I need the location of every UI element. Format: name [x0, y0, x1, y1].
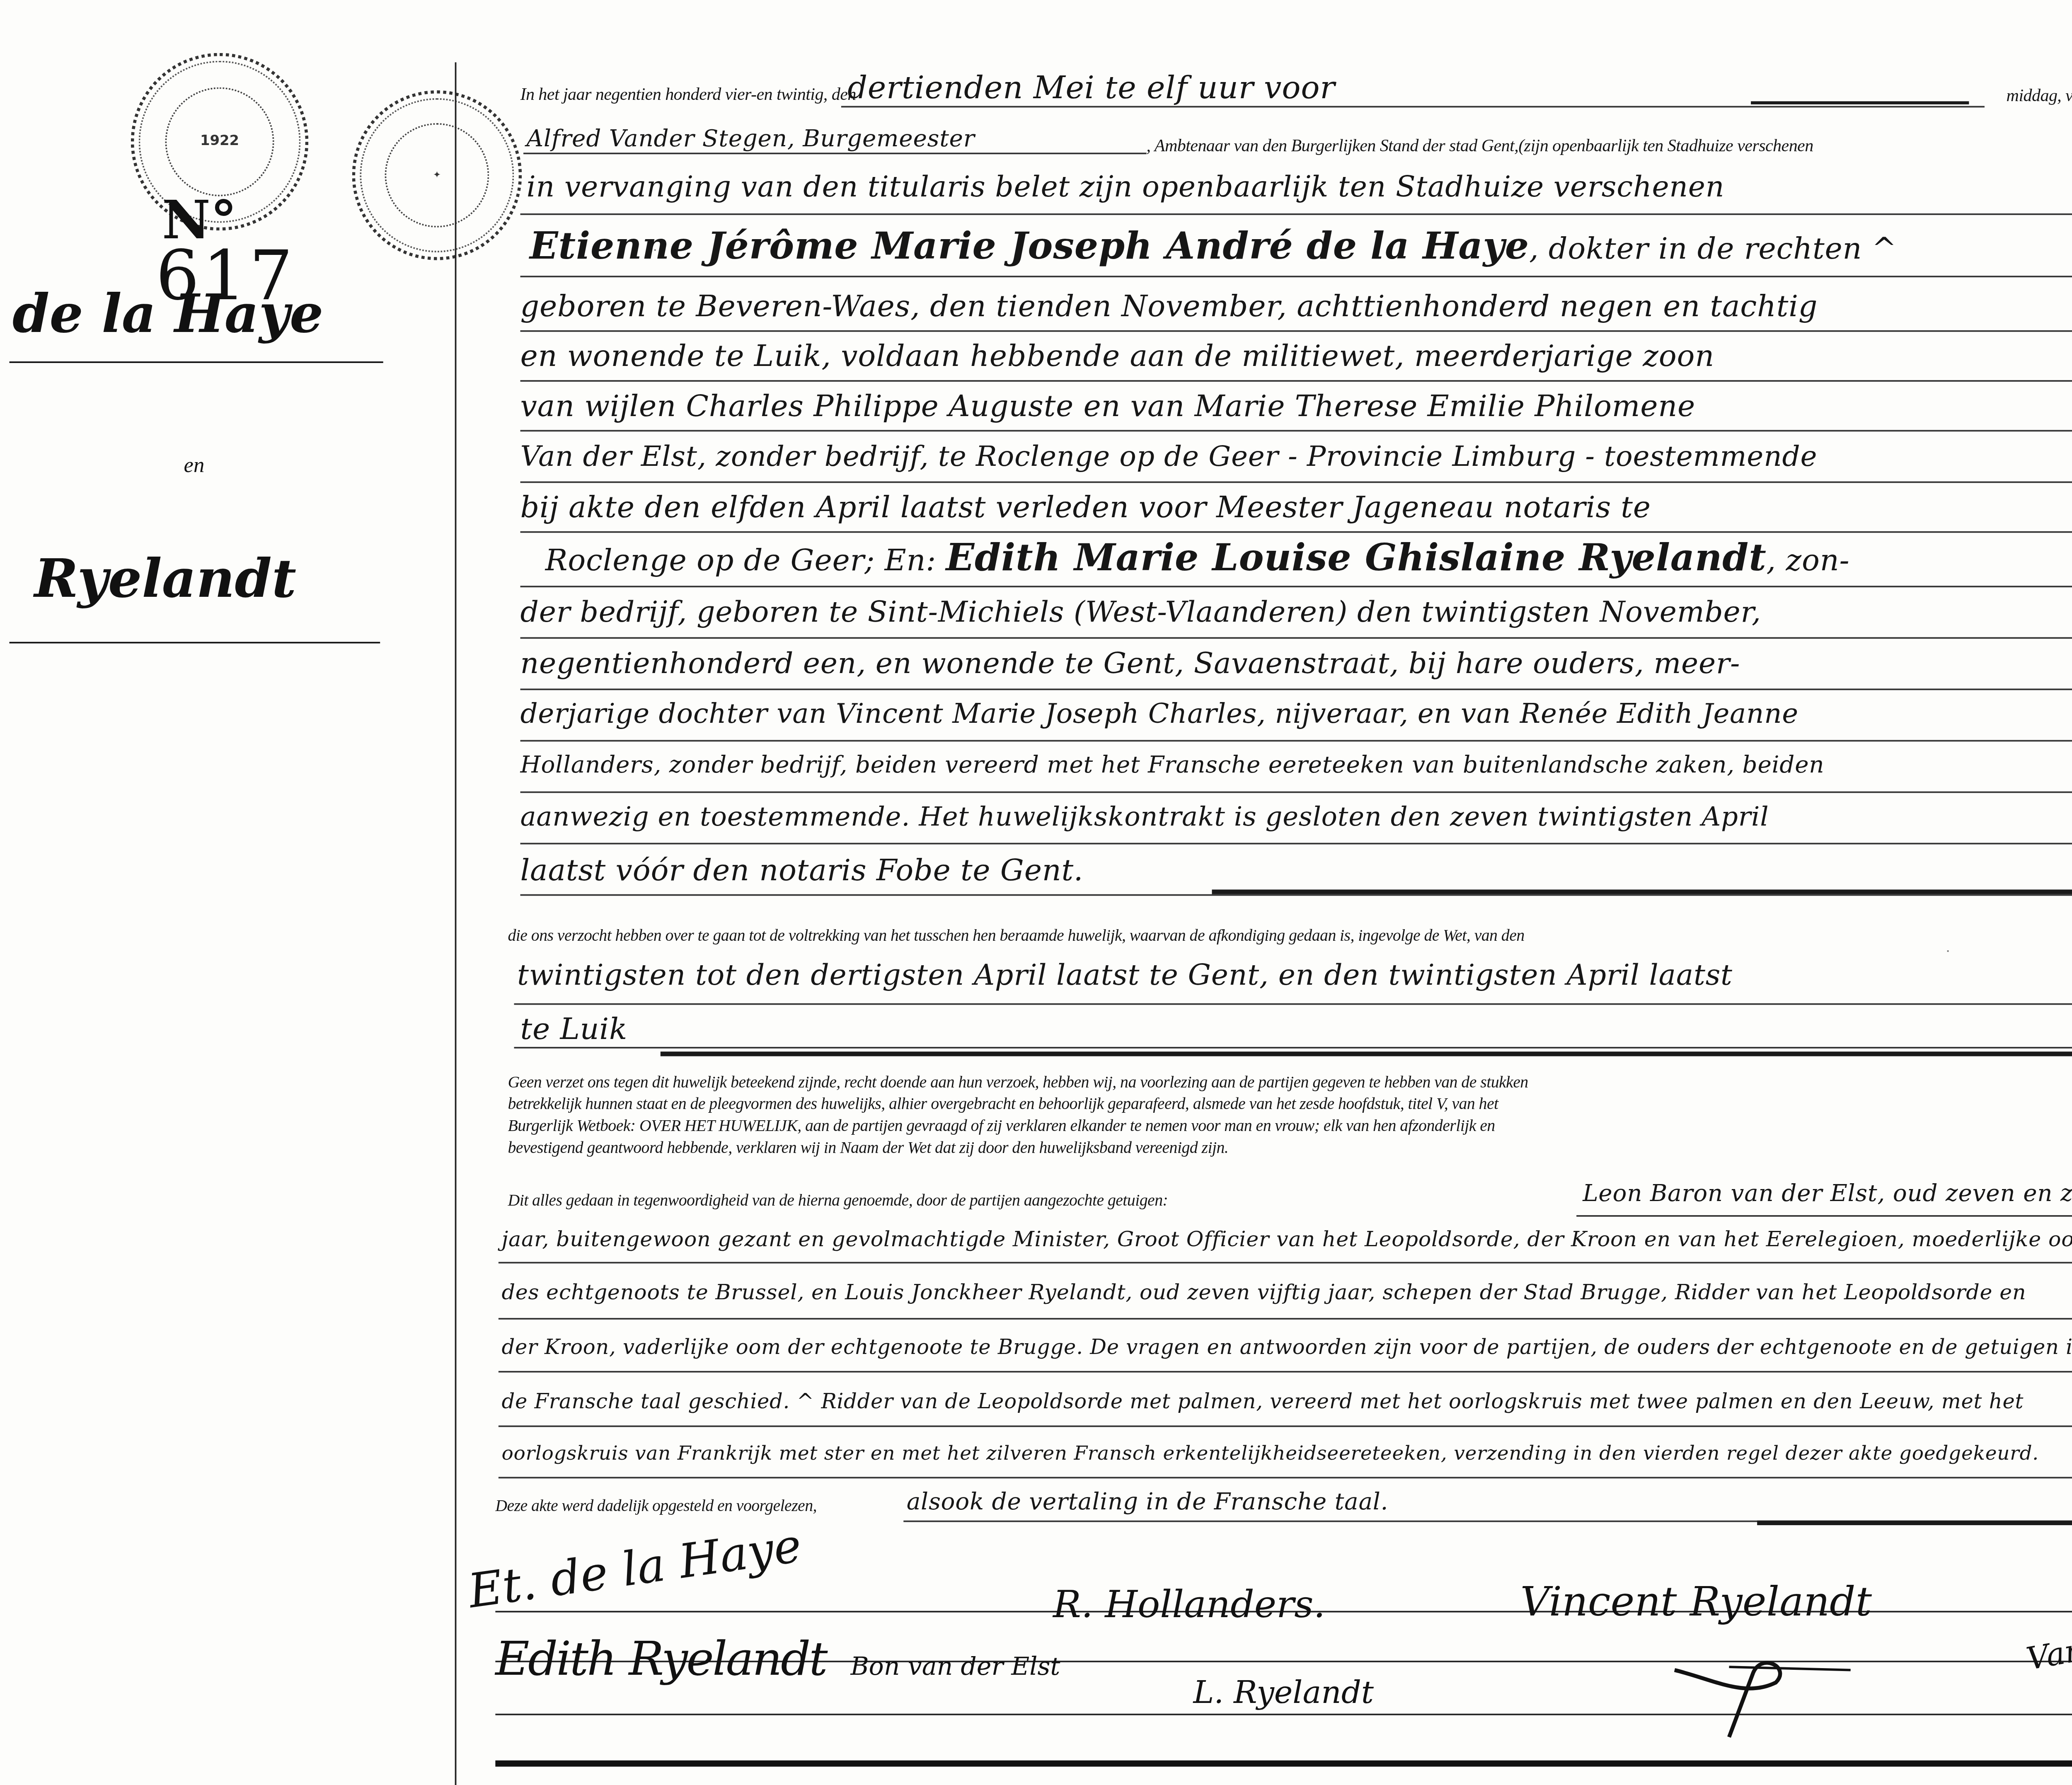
handwritten-replacement: in vervanging van den titularis belet zi… [527, 171, 1725, 204]
signature-hollanders: R. Hollanders. [1053, 1583, 1325, 1626]
fill-dash [1751, 101, 1969, 104]
fill-line [520, 531, 2072, 533]
fill-line [499, 1318, 2072, 1320]
fill-line [520, 482, 2072, 483]
fill-line [520, 740, 2072, 742]
margin-underline [10, 361, 383, 363]
body-line: bij akte den elfden April laatst verlede… [520, 491, 1651, 525]
signature-edith-ryelandt: Edith Ryelandt [495, 1632, 826, 1687]
opening-printed-official-role: , Ambtenaar van den Burgerlijken Stand d… [1147, 137, 1813, 156]
publication-printed-text: die ons verzocht hebben over te gaan tot… [508, 928, 1524, 945]
fill-line [499, 1477, 2072, 1479]
scan-speck [1947, 950, 1949, 952]
fill-line [520, 380, 2072, 382]
fill-line [499, 1262, 2072, 1264]
publication-handwritten-1: twintigsten tot den dertigsten April laa… [517, 960, 1733, 993]
fill-line [520, 792, 2072, 793]
margin-border-line [455, 62, 457, 1785]
declaration-line: Geen verzet ons tegen dit huwelijk betee… [508, 1075, 1528, 1092]
witness-line: de Fransche taal geschied. ^ Ridder van … [501, 1391, 2024, 1414]
timbre-de-dimension-stamp: ✦ [352, 90, 522, 260]
paraph-flourish-icon [1667, 1636, 1854, 1745]
body-line: derjarige dochter van Vincent Marie Jose… [520, 700, 1798, 731]
fill-line [499, 1425, 2072, 1427]
groom-full-name: Etienne Jérôme Marie Joseph André de la … [530, 223, 1897, 268]
declaration-line: Burgerlijk Wetboek: OVER HET HUWELIJK, a… [508, 1119, 1495, 1136]
body-line: laatst vóór den notaris Fobe te Gent. [520, 854, 1084, 888]
witness-line: der Kroon, vaderlijke oom der echtgenoot… [501, 1337, 2072, 1360]
fill-line [841, 106, 1985, 108]
closing-handwritten-text: alsook de vertaling in de Fransche taal. [907, 1488, 1389, 1516]
declaration-line: bevestigend geantwoord hebbende, verklar… [508, 1141, 1228, 1158]
publication-handwritten-2: te Luik [520, 1012, 627, 1047]
margin-underline [10, 642, 380, 644]
fill-line [520, 688, 2072, 690]
closing-bar [495, 1761, 2072, 1767]
margin-conjunction: en [184, 455, 205, 480]
fill-line [520, 430, 2072, 431]
fill-line [520, 843, 2072, 845]
opening-printed-text: In het jaar negentien honderd vier-en tw… [520, 86, 856, 104]
body-line: aanwezig en toestemmende. Het huwelijksk… [520, 802, 1769, 833]
scan-speck [1028, 1449, 1030, 1451]
marriage-certificate-page: 1922 ✦ N° 617 de la Haye en Ryelandt 5 l… [0, 0, 2072, 1785]
fill-line [1576, 1215, 2072, 1217]
signature-baron-van-der-elst: Bon van der Elst [850, 1652, 1060, 1681]
body-line: negentienhonderd een, en wonende te Gent… [520, 648, 1740, 681]
witness-line: jaar, buitengewoon gezant en gevolmachti… [501, 1228, 2072, 1252]
body-line: van wijlen Charles Philippe Auguste en v… [520, 390, 1695, 424]
handwritten-official: Alfred Vander Stegen, Burgemeester [527, 125, 975, 153]
witness-line: oorlogskruis van Frankrijk met ster en m… [501, 1441, 2039, 1464]
declaration-line: betrekkelijk hunnen staat en de pleegvor… [508, 1097, 1498, 1114]
fill-line [520, 330, 2072, 332]
scan-speck [1371, 654, 1372, 656]
body-line: Van der Elst, zonder bedrijf, te Rocleng… [520, 441, 1818, 474]
fill-line [520, 894, 2072, 896]
body-line: geboren te Beveren-Waes, den tienden Nov… [520, 290, 1818, 324]
bride-name-line: Roclenge op de Geer; En: Edith Marie Lou… [545, 534, 1850, 579]
fill-line [514, 1047, 2072, 1049]
fill-line [499, 1371, 2072, 1373]
fill-dash [1212, 889, 2072, 894]
signature-vincent-ryelandt: Vincent Ryelandt [1520, 1580, 1872, 1627]
fill-line [520, 213, 2072, 215]
fill-line [520, 586, 2072, 587]
scan-speck [654, 249, 656, 251]
body-line: Hollanders, zonder bedrijf, beiden veree… [520, 751, 1825, 779]
fill-line [523, 153, 1147, 154]
witness-line: des echtgenoots te Brussel, en Louis Jon… [501, 1281, 2026, 1305]
bride-full-name: Edith Marie Louise Ghislaine Ryelandt [946, 534, 1767, 579]
witnesses-printed-text: Dit alles gedaan in tegenwoordigheid van… [508, 1193, 1168, 1210]
fill-line [520, 637, 2072, 639]
opening-printed-midday: middag, voor ons, [2007, 87, 2072, 106]
body-line: der bedrijf, geboren te Sint-Michiels (W… [520, 597, 1761, 630]
fill-dash [1757, 1521, 2072, 1525]
fill-dash [661, 1051, 2072, 1056]
handwritten-date: dertienden Mei te elf uur voor [847, 68, 1335, 106]
fill-line [514, 1003, 2072, 1005]
signature-l-ryelandt: L. Ryelandt [1193, 1673, 1374, 1710]
margin-groom-surname: de la Haye [12, 283, 323, 346]
witness-first-line: Leon Baron van der Elst, oud zeven en ze… [1583, 1180, 2072, 1208]
fill-line [520, 276, 2072, 277]
body-line: en wonende te Luik, voldaan hebbende aan… [520, 339, 1714, 374]
signature-de-la-haye: Et. de la Haye [465, 1519, 805, 1620]
margin-bride-surname: Ryelandt [34, 548, 296, 610]
closing-printed-text: Deze akte werd dadelijk opgesteld en voo… [495, 1499, 817, 1516]
